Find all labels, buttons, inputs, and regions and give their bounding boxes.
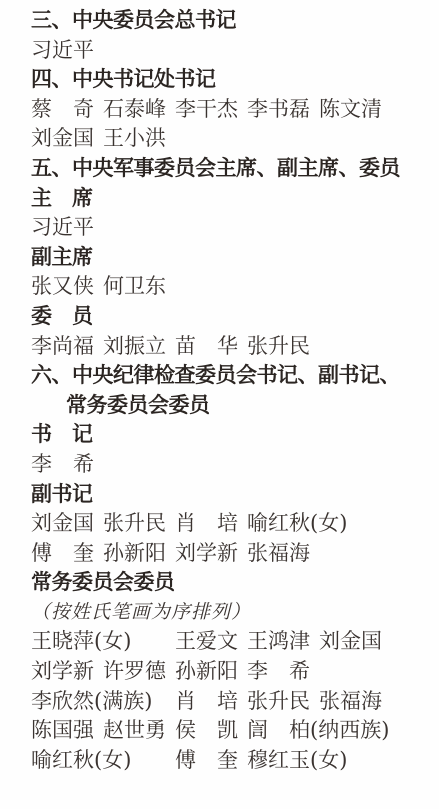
person-name: 肖 培 [175,687,247,717]
position-heading: 常务委员会委员 [31,568,439,598]
position-heading: 副主席 [31,243,439,273]
person-name: 傅 奎 [31,539,103,569]
names-row: 张又侠何卫东 [31,272,439,302]
position-heading: 副书记 [31,480,439,510]
person-name: 刘学新 [175,539,247,569]
names-row: 李尚福刘振立苗 华张升民 [31,332,439,362]
names-row: 李欣然(满族)肖 培张升民张福海 [31,687,439,717]
person-name: 李欣然(满族) [31,687,175,717]
names-row: 喻红秋(女)傅 奎穆红玉(女) [31,746,439,776]
person-name: 刘振立 [103,332,175,362]
person-name: 王鸿津 [247,627,319,657]
names-row: 刘学新许罗德孙新阳李 希 [31,657,439,687]
person-name: 刘金国 [319,627,391,657]
person-name: 陈文清 [319,95,391,125]
person-name: 王小洪 [103,124,175,154]
person-name: 傅 奎 [175,746,247,776]
person-name: 喻红秋(女) [247,509,391,539]
names-row: 王晓萍(女)王爱文王鸿津刘金国 [31,627,439,657]
section-heading: 六、中央纪律检查委员会书记、副书记、 [31,361,439,391]
person-name-line: 习近平 [31,36,439,66]
person-name: 穆红玉(女) [247,746,391,776]
person-name: 李干杰 [175,95,247,125]
person-name: 喻红秋(女) [31,746,175,776]
person-name-line: 李 希 [31,450,439,480]
names-row: 傅 奎孙新阳刘学新张福海 [31,539,439,569]
person-name: 刘金国 [31,124,103,154]
person-name: 侯 凯 [175,716,247,746]
position-heading: 委 员 [31,302,439,332]
person-name: 石泰峰 [103,95,175,125]
person-name-line: 习近平 [31,213,439,243]
section-heading: 三、中央委员会总书记 [31,6,439,36]
person-name: 张升民 [247,332,319,362]
person-name: 陈国强 [31,716,103,746]
person-name: 王爱文 [175,627,247,657]
section-heading-continuation: 常务委员会委员 [31,391,439,421]
names-row: 蔡 奇石泰峰李干杰李书磊陈文清 [31,95,439,125]
person-name: 肖 培 [175,509,247,539]
person-name: 张福海 [247,539,319,569]
names-row: 陈国强赵世勇侯 凯訚 柏(纳西族) [31,716,439,746]
person-name: 张福海 [319,687,391,717]
names-row: 刘金国张升民肖 培喻红秋(女) [31,509,439,539]
person-name: 张升民 [247,687,319,717]
position-heading: 主 席 [31,184,439,214]
person-name: 许罗德 [103,657,175,687]
person-name: 刘金国 [31,509,103,539]
person-name: 张升民 [103,509,175,539]
person-name: 孙新阳 [175,657,247,687]
person-name: 訚 柏(纳西族) [247,716,391,746]
section-heading: 五、中央军事委员会主席、副主席、委员 [31,154,439,184]
person-name: 张又侠 [31,272,103,302]
person-name: 孙新阳 [103,539,175,569]
sort-order-note: （按姓氏笔画为序排列） [31,598,439,628]
position-heading: 书 记 [31,420,439,450]
person-name: 刘学新 [31,657,103,687]
person-name: 赵世勇 [103,716,175,746]
document-page: 三、中央委员会总书记习近平四、中央书记处书记蔡 奇石泰峰李干杰李书磊陈文清刘金国… [0,0,439,809]
section-heading: 四、中央书记处书记 [31,65,439,95]
person-name: 苗 华 [175,332,247,362]
person-name: 蔡 奇 [31,95,103,125]
person-name: 王晓萍(女) [31,627,175,657]
person-name: 李书磊 [247,95,319,125]
person-name: 何卫东 [103,272,175,302]
person-name: 李 希 [247,657,319,687]
names-row: 刘金国王小洪 [31,124,439,154]
person-name: 李尚福 [31,332,103,362]
document-body: 三、中央委员会总书记习近平四、中央书记处书记蔡 奇石泰峰李干杰李书磊陈文清刘金国… [31,6,439,775]
